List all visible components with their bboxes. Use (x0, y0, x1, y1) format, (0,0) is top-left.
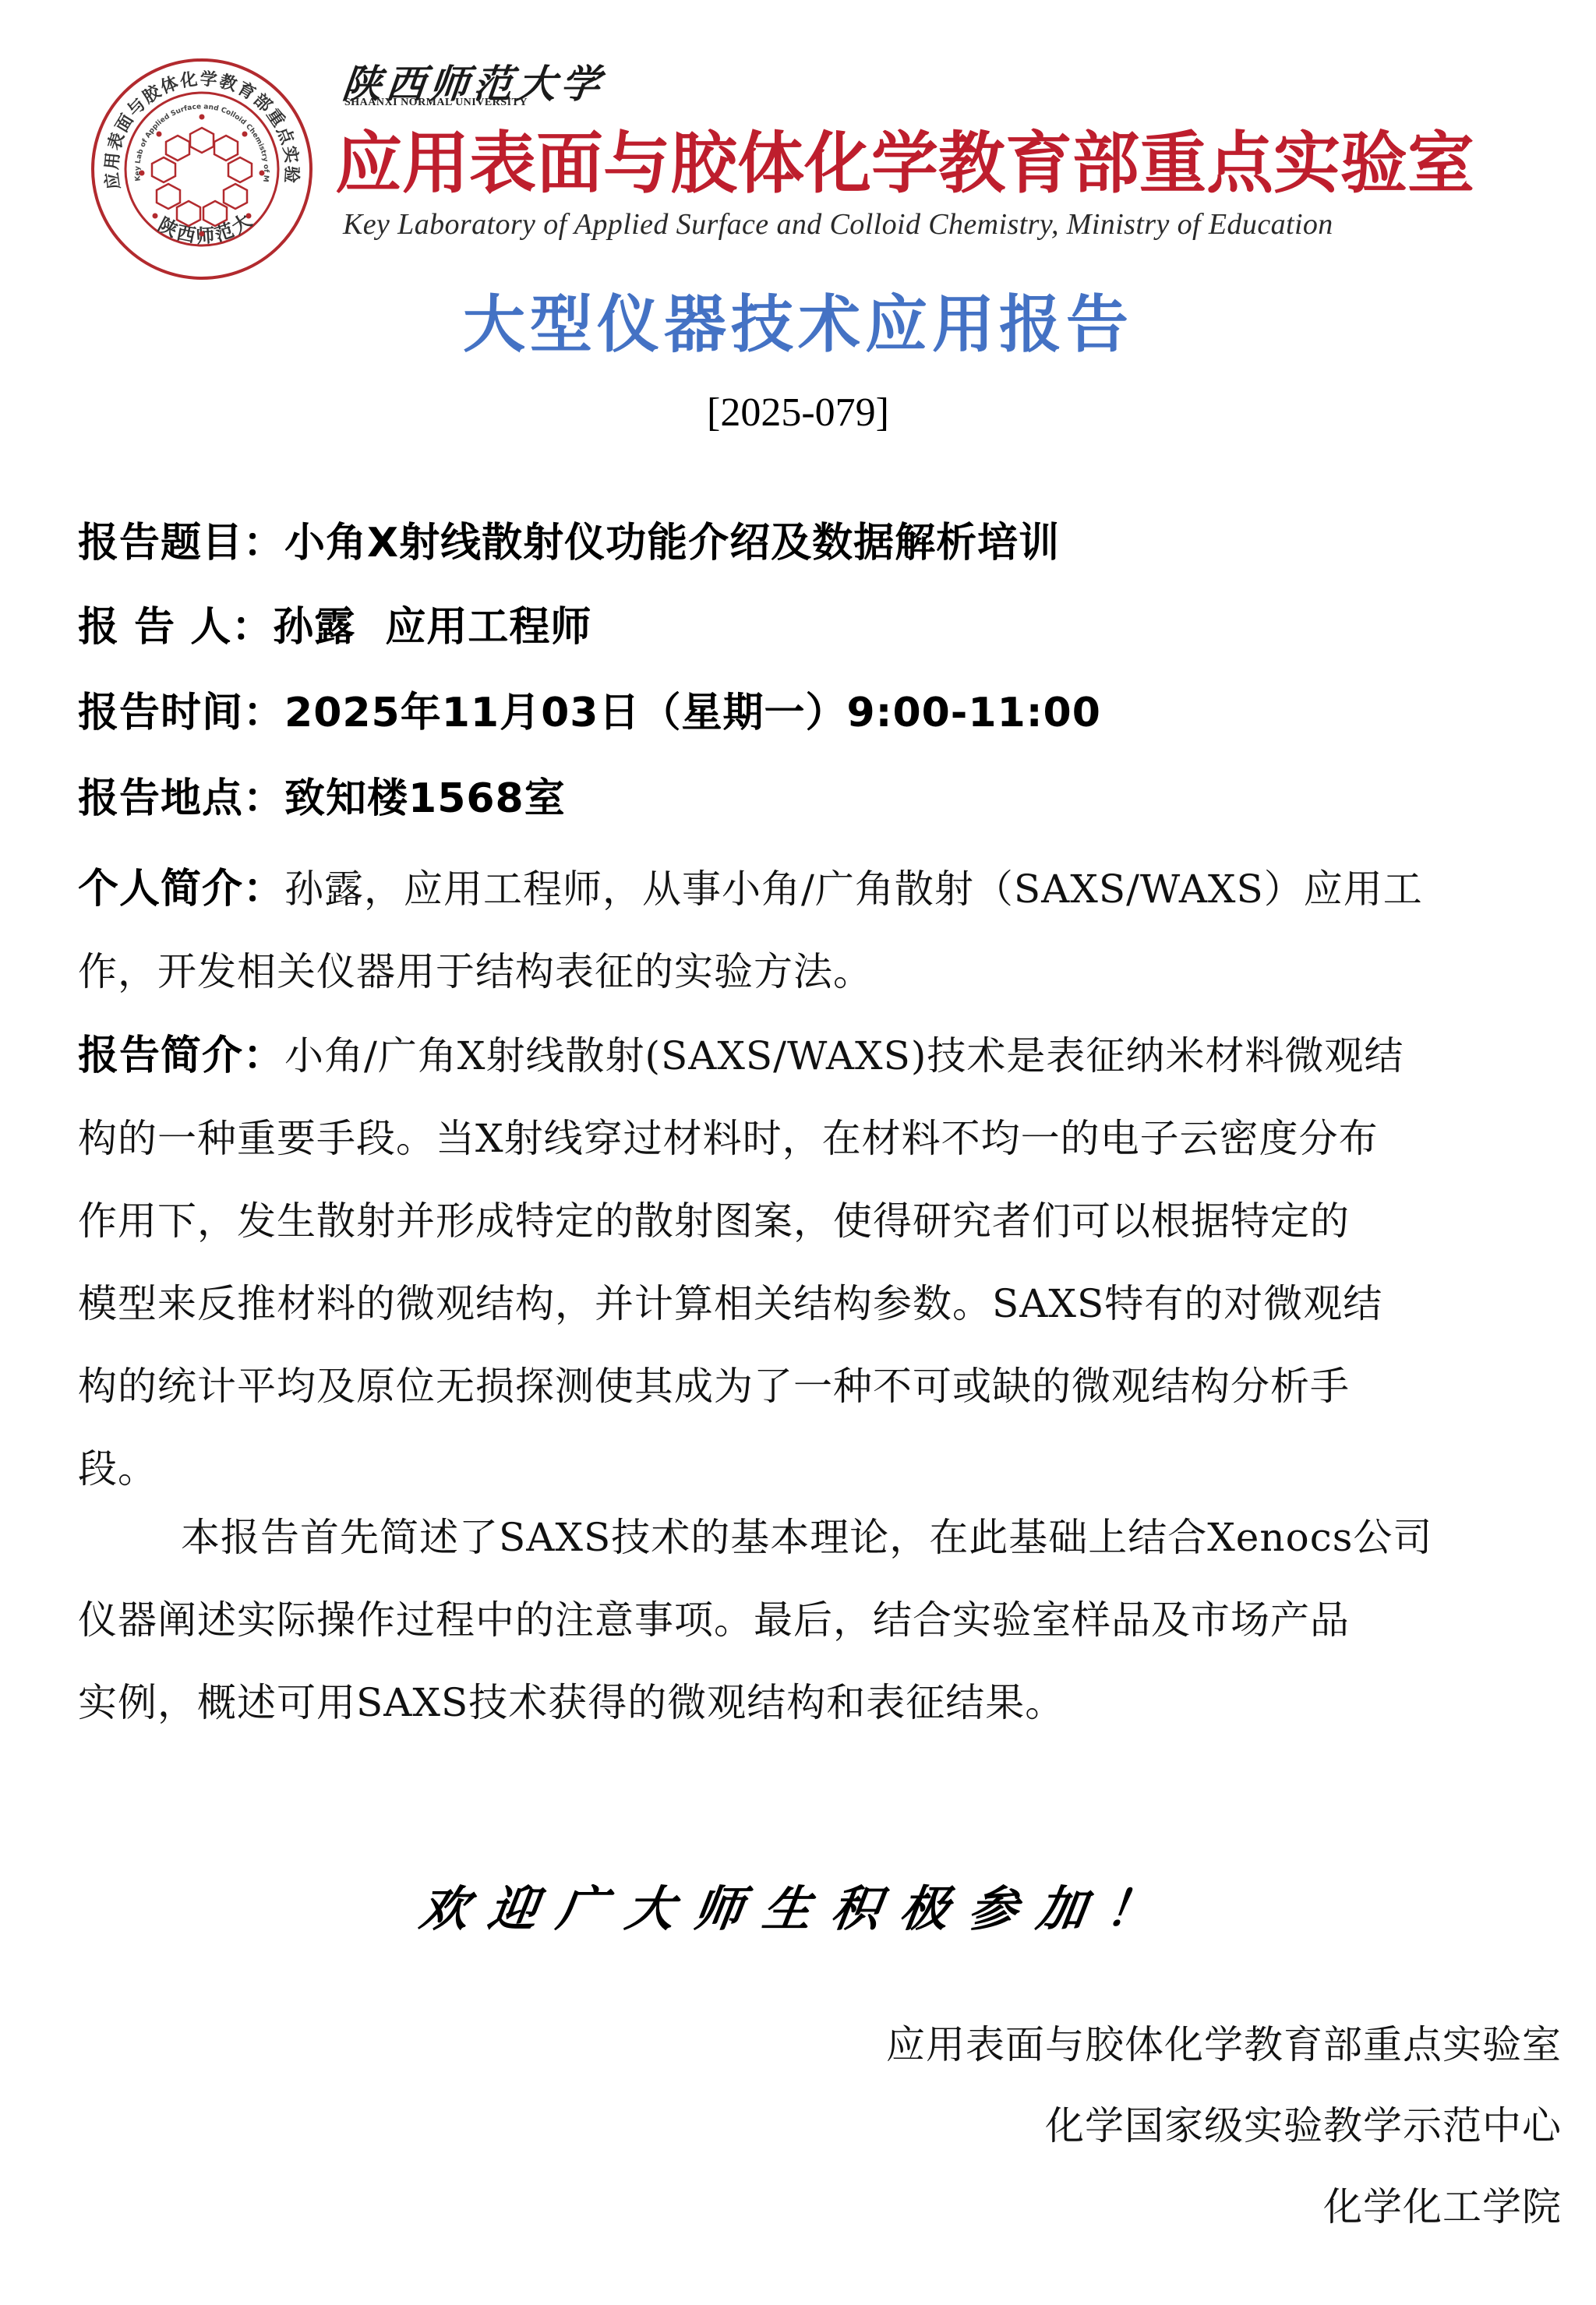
signature-lab: 应用表面与胶体化学教育部重点实验室 (886, 2014, 1562, 2070)
seal-emblem-icon: 应用表面与胶体化学教育部重点实验室 Key Lab of Applied Sur… (89, 56, 315, 282)
report-place-line: 报告地点：致知楼1568室 (78, 765, 566, 824)
abstract-label: 报告简介： (78, 1032, 284, 1079)
signature-teaching-center: 化学国家级实验教学示范中心 (1045, 2095, 1562, 2151)
abstract-line-4: 模型来反推材料的微观结构，并计算相关结构参数。SAXS特有的对微观结 (78, 1262, 1559, 1345)
report-title: 大型仪器技术应用报告 (0, 274, 1596, 364)
svg-text:应用表面与胶体化学教育部重点实验室: 应用表面与胶体化学教育部重点实验室 (89, 56, 302, 191)
abstract-line-3: 作用下，发生散射并形成特定的散射图案，使得研究者们可以根据特定的 (78, 1180, 1559, 1262)
report-time-line: 报告时间：2025年11月03日（星期一）9:00-11:00 (78, 679, 1101, 738)
bio-line-2: 作，开发相关仪器用于结构表征的实验方法。 (78, 930, 1559, 1013)
bio-label: 个人简介： (78, 866, 284, 912)
report-abstract-paragraph-2: 本报告首先简述了SAXS技术的基本理论，在此基础上结合Xenocs公司 仪器阐述… (78, 1496, 1559, 1744)
report-topic-value: 小角X射线散射仪功能介绍及数据解析培训 (284, 510, 1060, 568)
report-time-label: 报告时间： (78, 679, 284, 738)
lab-seal-logo: 应用表面与胶体化学教育部重点实验室 Key Lab of Applied Sur… (89, 56, 315, 282)
abstract-line-1: 报告简介：小角/广角X射线散射(SAXS/WAXS)技术是表征纳米材料微观结 (78, 1015, 1559, 1097)
bio-line-1: 个人简介：孙露，应用工程师，从事小角/广角散射（SAXS/WAXS）应用工 (78, 848, 1559, 930)
report-number: [2025-079] (0, 390, 1596, 436)
abstract-line-5: 构的统计平均及原位无损探测使其成为了一种不可或缺的微观结构分析手 (78, 1345, 1559, 1428)
abstract-text-1: 小角/广角X射线散射(SAXS/WAXS)技术是表征纳米材料微观结 (284, 1033, 1404, 1078)
lab-name-en: Key Laboratory of Applied Surface and Co… (343, 207, 1333, 242)
report-time-value: 2025年11月03日（星期一）9:00-11:00 (284, 679, 1101, 738)
lab-name-cn: 应用表面与胶体化学教育部重点实验室 (335, 125, 1488, 203)
report-topic-label: 报告题目： (78, 510, 284, 568)
bio-text-1: 孙露，应用工程师，从事小角/广角散射（SAXS/WAXS）应用工 (284, 867, 1423, 912)
speaker-value: 孙露 应用工程师 (273, 594, 591, 652)
signature-college: 化学化工学院 (1323, 2176, 1562, 2232)
speaker-bio: 个人简介：孙露，应用工程师，从事小角/广角散射（SAXS/WAXS）应用工 作，… (78, 848, 1559, 1013)
welcome-message: 欢迎广大师生积极参加！ (0, 1870, 1596, 1940)
university-name-en: SHAANXI NORMAL UNIVERSITY (344, 97, 528, 109)
abstract-p2-line-1: 本报告首先简述了SAXS技术的基本理论，在此基础上结合Xenocs公司 (78, 1496, 1559, 1579)
speaker-line: 报 告 人：孙露 应用工程师 (78, 594, 591, 652)
report-place-value: 致知楼1568室 (284, 765, 566, 824)
abstract-p2-line-3: 实例，概述可用SAXS技术获得的微观结构和表征结果。 (78, 1661, 1559, 1744)
report-abstract: 报告简介：小角/广角X射线散射(SAXS/WAXS)技术是表征纳米材料微观结 构… (78, 1015, 1559, 1510)
report-topic-line: 报告题目：小角X射线散射仪功能介绍及数据解析培训 (78, 510, 1060, 568)
report-place-label: 报告地点： (78, 765, 284, 824)
abstract-line-2: 构的一种重要手段。当X射线穿过材料时，在材料不均一的电子云密度分布 (78, 1097, 1559, 1180)
speaker-label: 报 告 人： (78, 594, 273, 652)
abstract-p2-line-2: 仪器阐述实际操作过程中的注意事项。最后，结合实验室样品及市场产品 (78, 1579, 1559, 1661)
